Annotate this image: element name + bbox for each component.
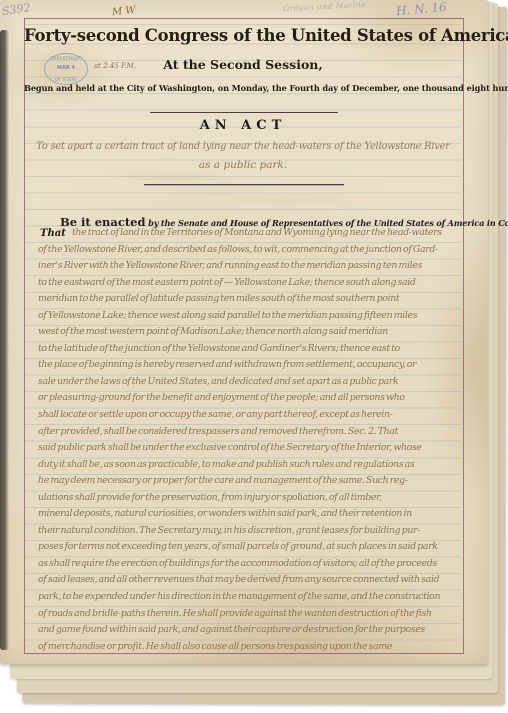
handwritten-line: shall locate or settle upon or occupy th… <box>38 407 462 424</box>
handwritten-line: mineral deposits, natural curiosities, o… <box>38 506 462 523</box>
handwritten-line: park, to be expended under his direction… <box>38 589 462 606</box>
handwritten-line: west of the most western point of Madiso… <box>38 324 462 341</box>
handwritten-line: of the Yellowstone River, and described … <box>38 242 462 259</box>
handwritten-line: and game found within said park, and aga… <box>38 622 462 639</box>
stamp-arc-bottom: OF STATE <box>45 77 87 82</box>
blue-pencil-number: H. N. 16 <box>395 0 447 18</box>
act-title-line-1: To set apart a certain tract of land lyi… <box>24 141 462 152</box>
handwritten-line: of Yellowstone Lake; thence west along s… <box>38 308 462 325</box>
pencil-note: Ordean and Marine <box>283 0 366 13</box>
handwritten-line: of merchandise or profit. He shall also … <box>38 639 462 656</box>
handwritten-line: the tract of land in the Territories of … <box>38 225 462 242</box>
ink-initials: M W <box>111 5 136 18</box>
handwritten-line: ulations shall provide for the preservat… <box>38 490 462 507</box>
handwritten-line: the place of beginning is hereby reserve… <box>38 357 462 374</box>
pencil-docket-number: S392 <box>1 1 31 18</box>
handwritten-line: poses for terms not exceeding ten years,… <box>38 539 462 556</box>
handwritten-line: meridian to the parallel of latitude pas… <box>38 291 462 308</box>
act-heading: AN ACT <box>24 118 462 133</box>
handwritten-line: as shall require the erection of buildin… <box>38 556 462 573</box>
handwritten-line: sale under the laws of the United States… <box>38 374 462 391</box>
convened-line: Begun and held at the City of Washington… <box>24 83 462 93</box>
photographed-document: S392 M W Ordean and Marine H. N. 16 DEPA… <box>0 0 508 713</box>
act-title-line-2: as a public park. <box>24 159 462 171</box>
session-line: At the Second Session, <box>24 57 462 72</box>
handwritten-line: after provided, shall be considered tres… <box>38 424 462 441</box>
handwritten-line: of said leases, and all other revenues t… <box>38 572 462 589</box>
divider-rule-top <box>150 112 338 113</box>
handwritten-line: their natural condition. The Secretary m… <box>38 523 462 540</box>
handwritten-line: said public park shall be under the excl… <box>38 440 462 457</box>
document-page: S392 M W Ordean and Marine H. N. 16 DEPA… <box>0 0 488 664</box>
handwritten-line: to the eastward of the most eastern poin… <box>38 275 462 292</box>
handwritten-line: to the latitude of the junction of the Y… <box>38 341 462 358</box>
handwritten-line: he may deem necessary or proper for the … <box>38 473 462 490</box>
binding-edge-shadow <box>0 30 9 650</box>
handwritten-line: iner's River with the Yellowstone River,… <box>38 258 462 275</box>
handwritten-body: the tract of land in the Territories of … <box>38 225 462 655</box>
divider-rule-bottom <box>144 184 344 185</box>
handwritten-line: duty it shall be, as soon as practicable… <box>38 457 462 474</box>
handwritten-line: of roads and bridle-paths therein. He sh… <box>38 606 462 623</box>
handwritten-line: or pleasuring-ground for the benefit and… <box>38 390 462 407</box>
congress-title: Forty-second Congress of the United Stat… <box>24 26 462 45</box>
